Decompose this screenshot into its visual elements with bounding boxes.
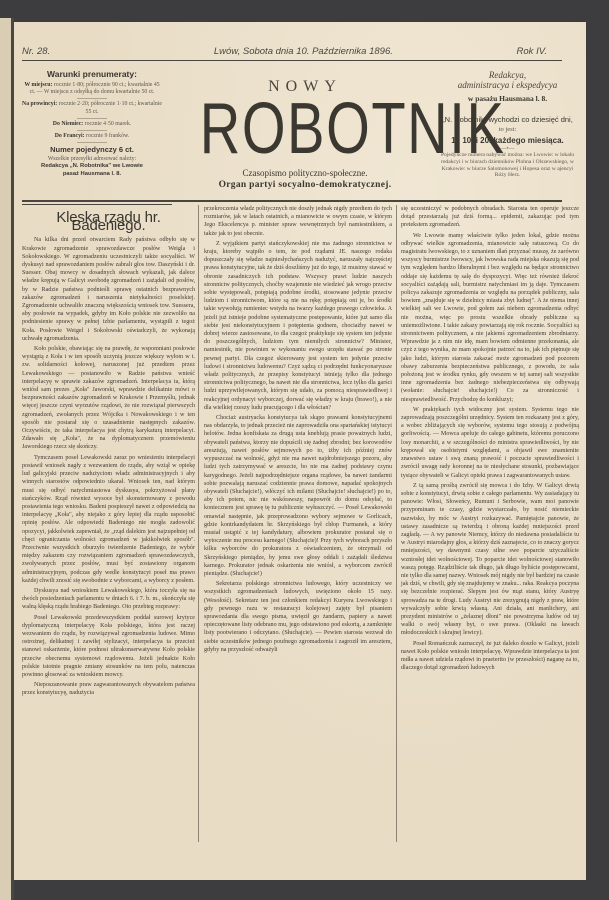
party-organ: Organ partyi socyalno-demokratycznej. bbox=[170, 180, 440, 190]
single-copy-price: Numer pojedynczy 6 ct. bbox=[22, 145, 162, 154]
paragraph: Poseł Romańczuk zaznaczył, że już daleko… bbox=[401, 640, 579, 673]
paragraph: Tymczasem poseł Lewakowski zaraz po wnie… bbox=[22, 454, 195, 585]
volume-year: Rok IV. bbox=[517, 46, 547, 57]
paragraph: Dyskusya nad wnioskiem Lewakowskiego, kt… bbox=[22, 587, 195, 612]
paragraph: W praktykach tych widoczny jest system. … bbox=[401, 406, 579, 480]
paragraph: We Lwowie mamy właściwie tylko jeden lok… bbox=[401, 232, 579, 404]
left-double-rule bbox=[22, 204, 172, 205]
adjacent-page-edge bbox=[0, 18, 11, 900]
subscription-local: W miejscu: rocznie 1·80; półrocznie 90 c… bbox=[22, 82, 162, 96]
office-line-1: Redakcya, bbox=[440, 70, 575, 80]
paragraph: Nieposzanowanie praw zagwarantowanych ob… bbox=[22, 681, 195, 697]
paragraph: się uczestniczyć w podobnych obradach. S… bbox=[401, 205, 579, 230]
masthead-bottom-rule bbox=[22, 200, 562, 202]
paragraph: Z wyjątkiem partyi stańczykowskiej nie m… bbox=[204, 240, 392, 412]
mail-note: Wszelkie przesyłki adresować należy: bbox=[22, 156, 162, 163]
office-box: Redakcya, administracya i ekspedycya w p… bbox=[440, 70, 575, 179]
paragraph: Sekretarza polskiego stronnictwa ludoweg… bbox=[204, 580, 392, 654]
paragraph: Na kilka dni przed otwarciem Rady państw… bbox=[22, 236, 195, 343]
top-rule bbox=[22, 60, 562, 61]
column-3: się uczestniczyć w podobnych obradach. S… bbox=[401, 205, 579, 674]
paragraph: Poseł Lewakowski przedewszystkiem poddał… bbox=[22, 614, 195, 680]
dateline-bar: Nr. 28. Lwów, Sobota dnia 10. Październi… bbox=[22, 46, 547, 57]
column-1: Klęska rządu hr. Badeniego. Na kilka dni… bbox=[22, 208, 195, 700]
to-jest: to jest: bbox=[440, 126, 575, 133]
subscription-france: Do Francyi: rocznie 9 franków. bbox=[22, 133, 162, 140]
paragraph: Koło polskie, obawiając się na prawdę, ż… bbox=[22, 345, 195, 452]
subscription-heading: Warunki prenumeraty: bbox=[22, 69, 162, 79]
subscription-province: Na prowincyi: rocznie 2·20; półrocznie 1… bbox=[22, 101, 162, 115]
paragraph: przekroczenia władz politycznych nie dos… bbox=[204, 205, 392, 238]
issue-number: Nr. 28. bbox=[22, 46, 50, 57]
editorial-address-2: pasaż Hausmana l. 8. bbox=[22, 171, 162, 178]
title-robotnik: ROBOTNIK bbox=[200, 96, 411, 162]
column-2: przekroczenia władz politycznych nie dos… bbox=[204, 205, 392, 656]
subscription-germany: Do Niemiec: rocznie 4·50 marek. bbox=[22, 121, 162, 128]
article-headline: Klęska rządu hr. Badeniego. bbox=[22, 214, 195, 230]
article-body: Klęska rządu hr. Badeniego. Na kilka dni… bbox=[22, 208, 577, 888]
paragraph: Z tą samą prośbą zwrócił się mowca i do … bbox=[401, 482, 579, 638]
paragraph: Chociaż austryacka konstytucya tak skąpo… bbox=[204, 414, 392, 578]
subscription-box: Warunki prenumeraty: W miejscu: rocznie … bbox=[22, 69, 162, 178]
publication-frequency: „N. Robotnik" wychodzi co dziesięć dni, bbox=[440, 115, 575, 124]
masthead: NOWY ROBOTNIK Czasopismo polityczno-społ… bbox=[170, 78, 440, 190]
editorial-address-1: Redakcya „N. Robotnika" we Lwowie bbox=[22, 163, 162, 170]
publication-days: 1., 10. i 20. każdego miesiąca. bbox=[440, 136, 575, 145]
subtitle: Czasopismo polityczno-społeczne. bbox=[170, 168, 440, 178]
office-address: w pasażu Hausmana l. 8. bbox=[440, 94, 575, 103]
sales-points: Pojedyncze numera nabywać można: we Lwow… bbox=[440, 152, 575, 179]
office-line-2: administracya i ekspedycya bbox=[440, 80, 575, 90]
dateline: Lwów, Sobota dnia 10. Października 1896. bbox=[214, 46, 393, 57]
